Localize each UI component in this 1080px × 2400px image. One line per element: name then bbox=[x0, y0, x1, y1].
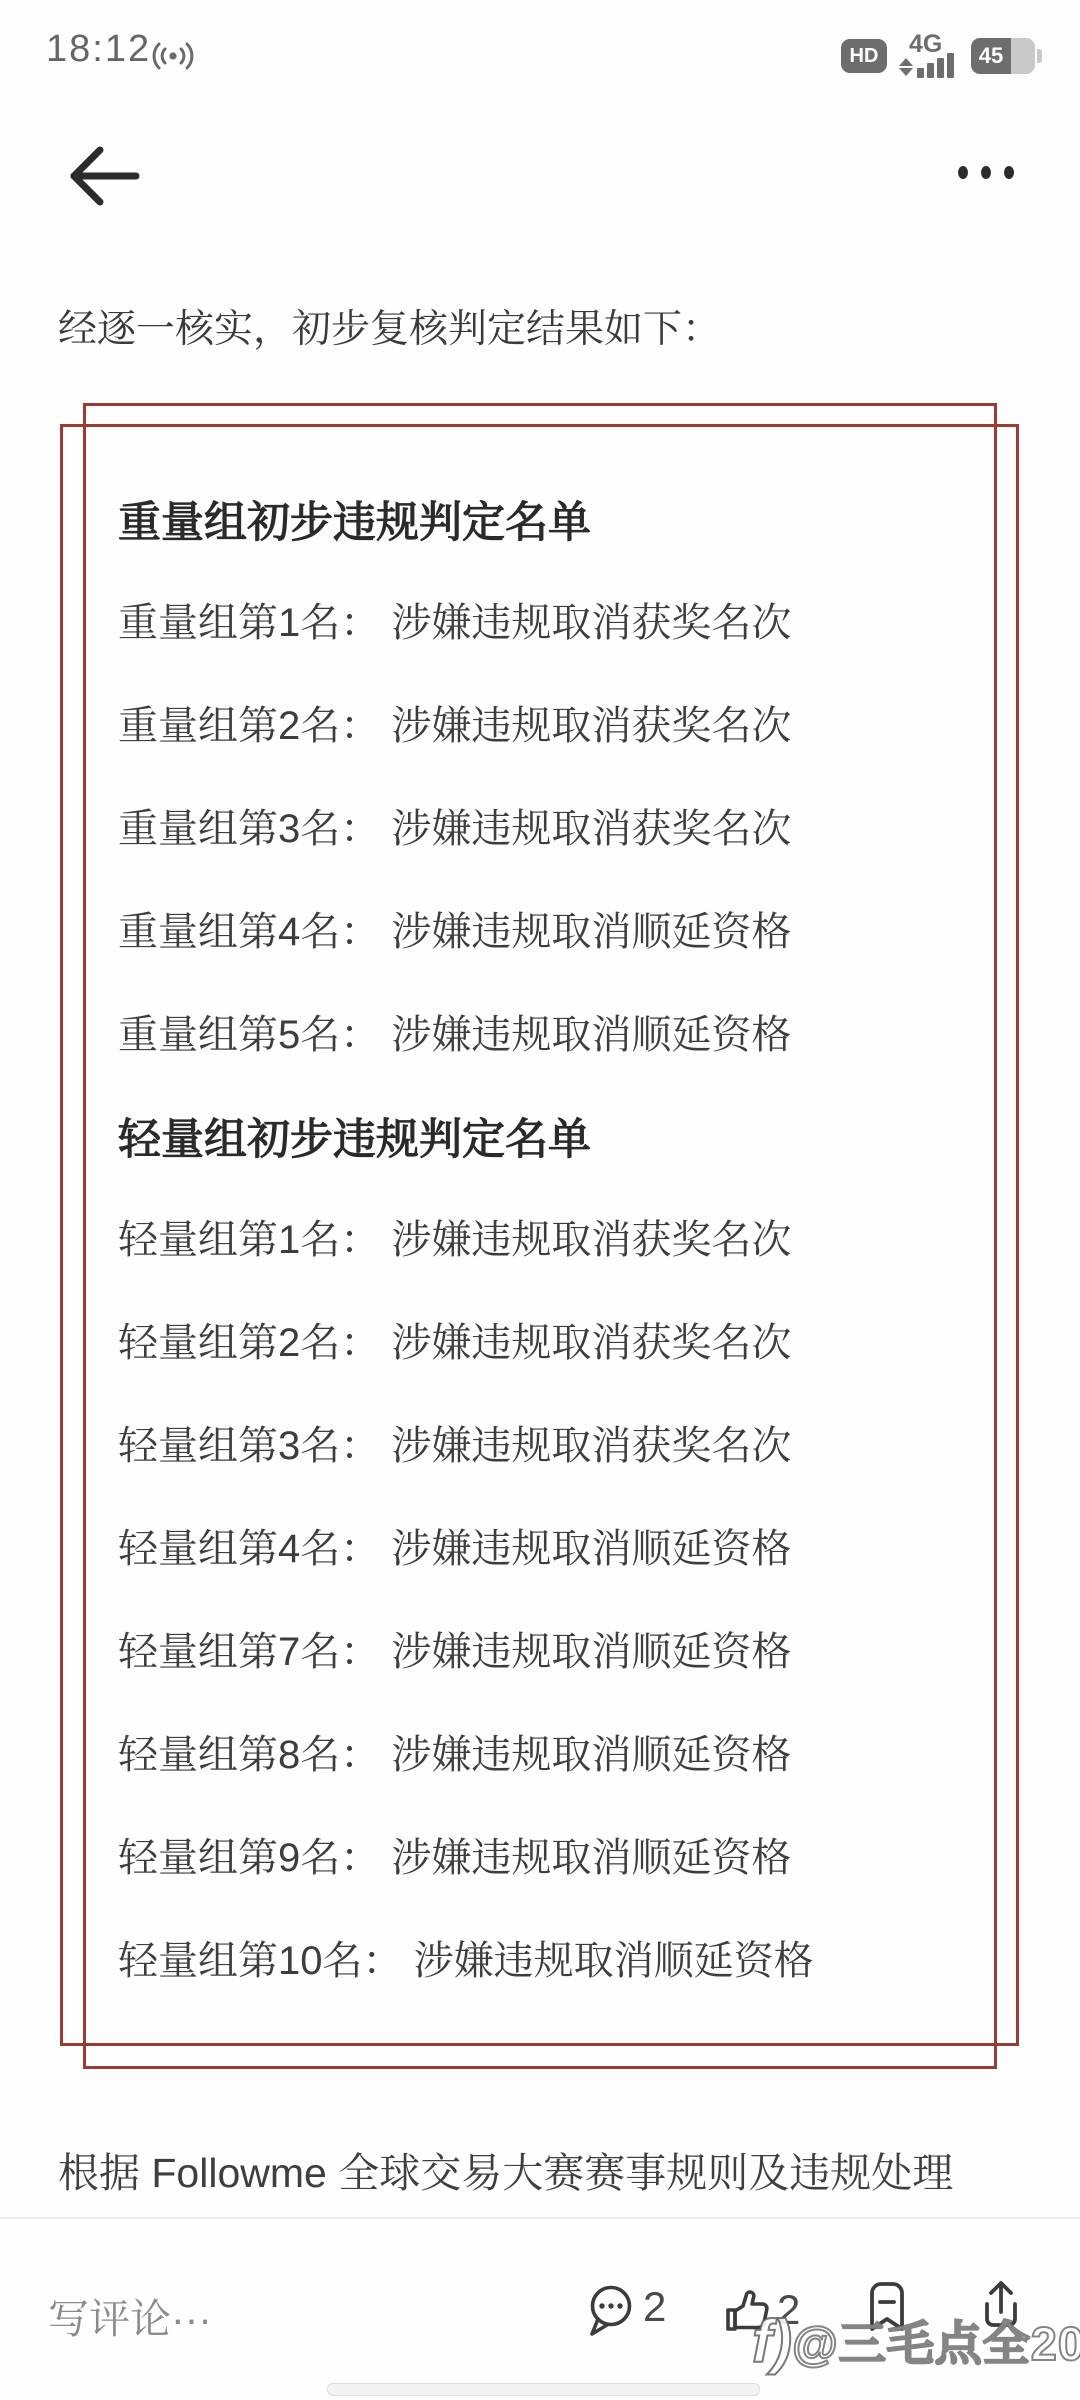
screen: 18:12 HD 4G 45 bbox=[0, 0, 1080, 2400]
violation-list: 重量组初步违规判定名单重量组第1名： 涉嫌违规取消获奖名次重量组第2名： 涉嫌违… bbox=[118, 500, 978, 2043]
section-title: 轻量组初步违规判定名单 bbox=[118, 1117, 978, 1163]
home-indicator[interactable] bbox=[327, 2383, 760, 2396]
bottom-bar-divider bbox=[0, 2217, 1080, 2219]
back-arrow-icon bbox=[60, 140, 144, 212]
list-item: 轻量组第2名： 涉嫌违规取消获奖名次 bbox=[118, 1322, 978, 1364]
status-time: 18:12 bbox=[46, 28, 151, 71]
battery-percent: 45 bbox=[971, 38, 1011, 74]
back-button[interactable] bbox=[60, 140, 144, 212]
list-item: 轻量组第9名： 涉嫌违规取消顺延资格 bbox=[118, 1837, 978, 1879]
comment-bubble-icon bbox=[585, 2283, 637, 2339]
battery-icon: 45 bbox=[971, 38, 1042, 74]
list-item: 重量组第4名： 涉嫌违规取消顺延资格 bbox=[118, 911, 978, 953]
list-item: 轻量组第7名： 涉嫌违规取消顺延资格 bbox=[118, 1631, 978, 1673]
list-item: 重量组第1名： 涉嫌违规取消获奖名次 bbox=[118, 602, 978, 644]
list-item: 轻量组第4名： 涉嫌违规取消顺延资格 bbox=[118, 1528, 978, 1570]
list-item: 重量组第2名： 涉嫌违规取消获奖名次 bbox=[118, 705, 978, 747]
live-broadcast-icon bbox=[150, 40, 196, 72]
watermark: f) @三毛点全2019 bbox=[752, 2312, 1080, 2372]
signal-strength-bars bbox=[917, 53, 954, 78]
list-item: 轻量组第3名： 涉嫌违规取消获奖名次 bbox=[118, 1425, 978, 1467]
status-icon-cluster: HD 4G 45 bbox=[841, 34, 1042, 78]
comment-count: 2 bbox=[643, 2283, 666, 2331]
list-item: 轻量组第10名： 涉嫌违规取消顺延资格 bbox=[118, 1940, 978, 1982]
hd-icon: HD bbox=[841, 39, 887, 73]
downlink-arrow-icon bbox=[899, 68, 913, 76]
watermark-logo: f) bbox=[752, 2312, 792, 2372]
list-item: 重量组第3名： 涉嫌违规取消获奖名次 bbox=[118, 808, 978, 850]
list-item: 轻量组第8名： 涉嫌违规取消顺延资格 bbox=[118, 1734, 978, 1776]
intro-text: 经逐一核实，初步复核判定结果如下： bbox=[58, 298, 721, 354]
list-item: 轻量组第1名： 涉嫌违规取消获奖名次 bbox=[118, 1219, 978, 1261]
comment-button[interactable]: 2 bbox=[585, 2283, 666, 2339]
watermark-text: @三毛点全2019 bbox=[792, 2316, 1080, 2372]
more-ellipsis-icon bbox=[958, 166, 968, 179]
uplink-arrow-icon bbox=[899, 58, 913, 66]
section-title: 重量组初步违规判定名单 bbox=[118, 500, 978, 546]
more-menu-button[interactable] bbox=[958, 166, 1014, 179]
list-item: 重量组第5名： 涉嫌违规取消顺延资格 bbox=[118, 1014, 978, 1056]
footer-paragraph: 根据 Followme 全球交易大赛赛事规则及违规处理 bbox=[58, 2140, 1058, 2199]
signal-bars-icon: 4G bbox=[899, 34, 959, 78]
comment-input[interactable]: 写评论··· bbox=[48, 2286, 212, 2345]
